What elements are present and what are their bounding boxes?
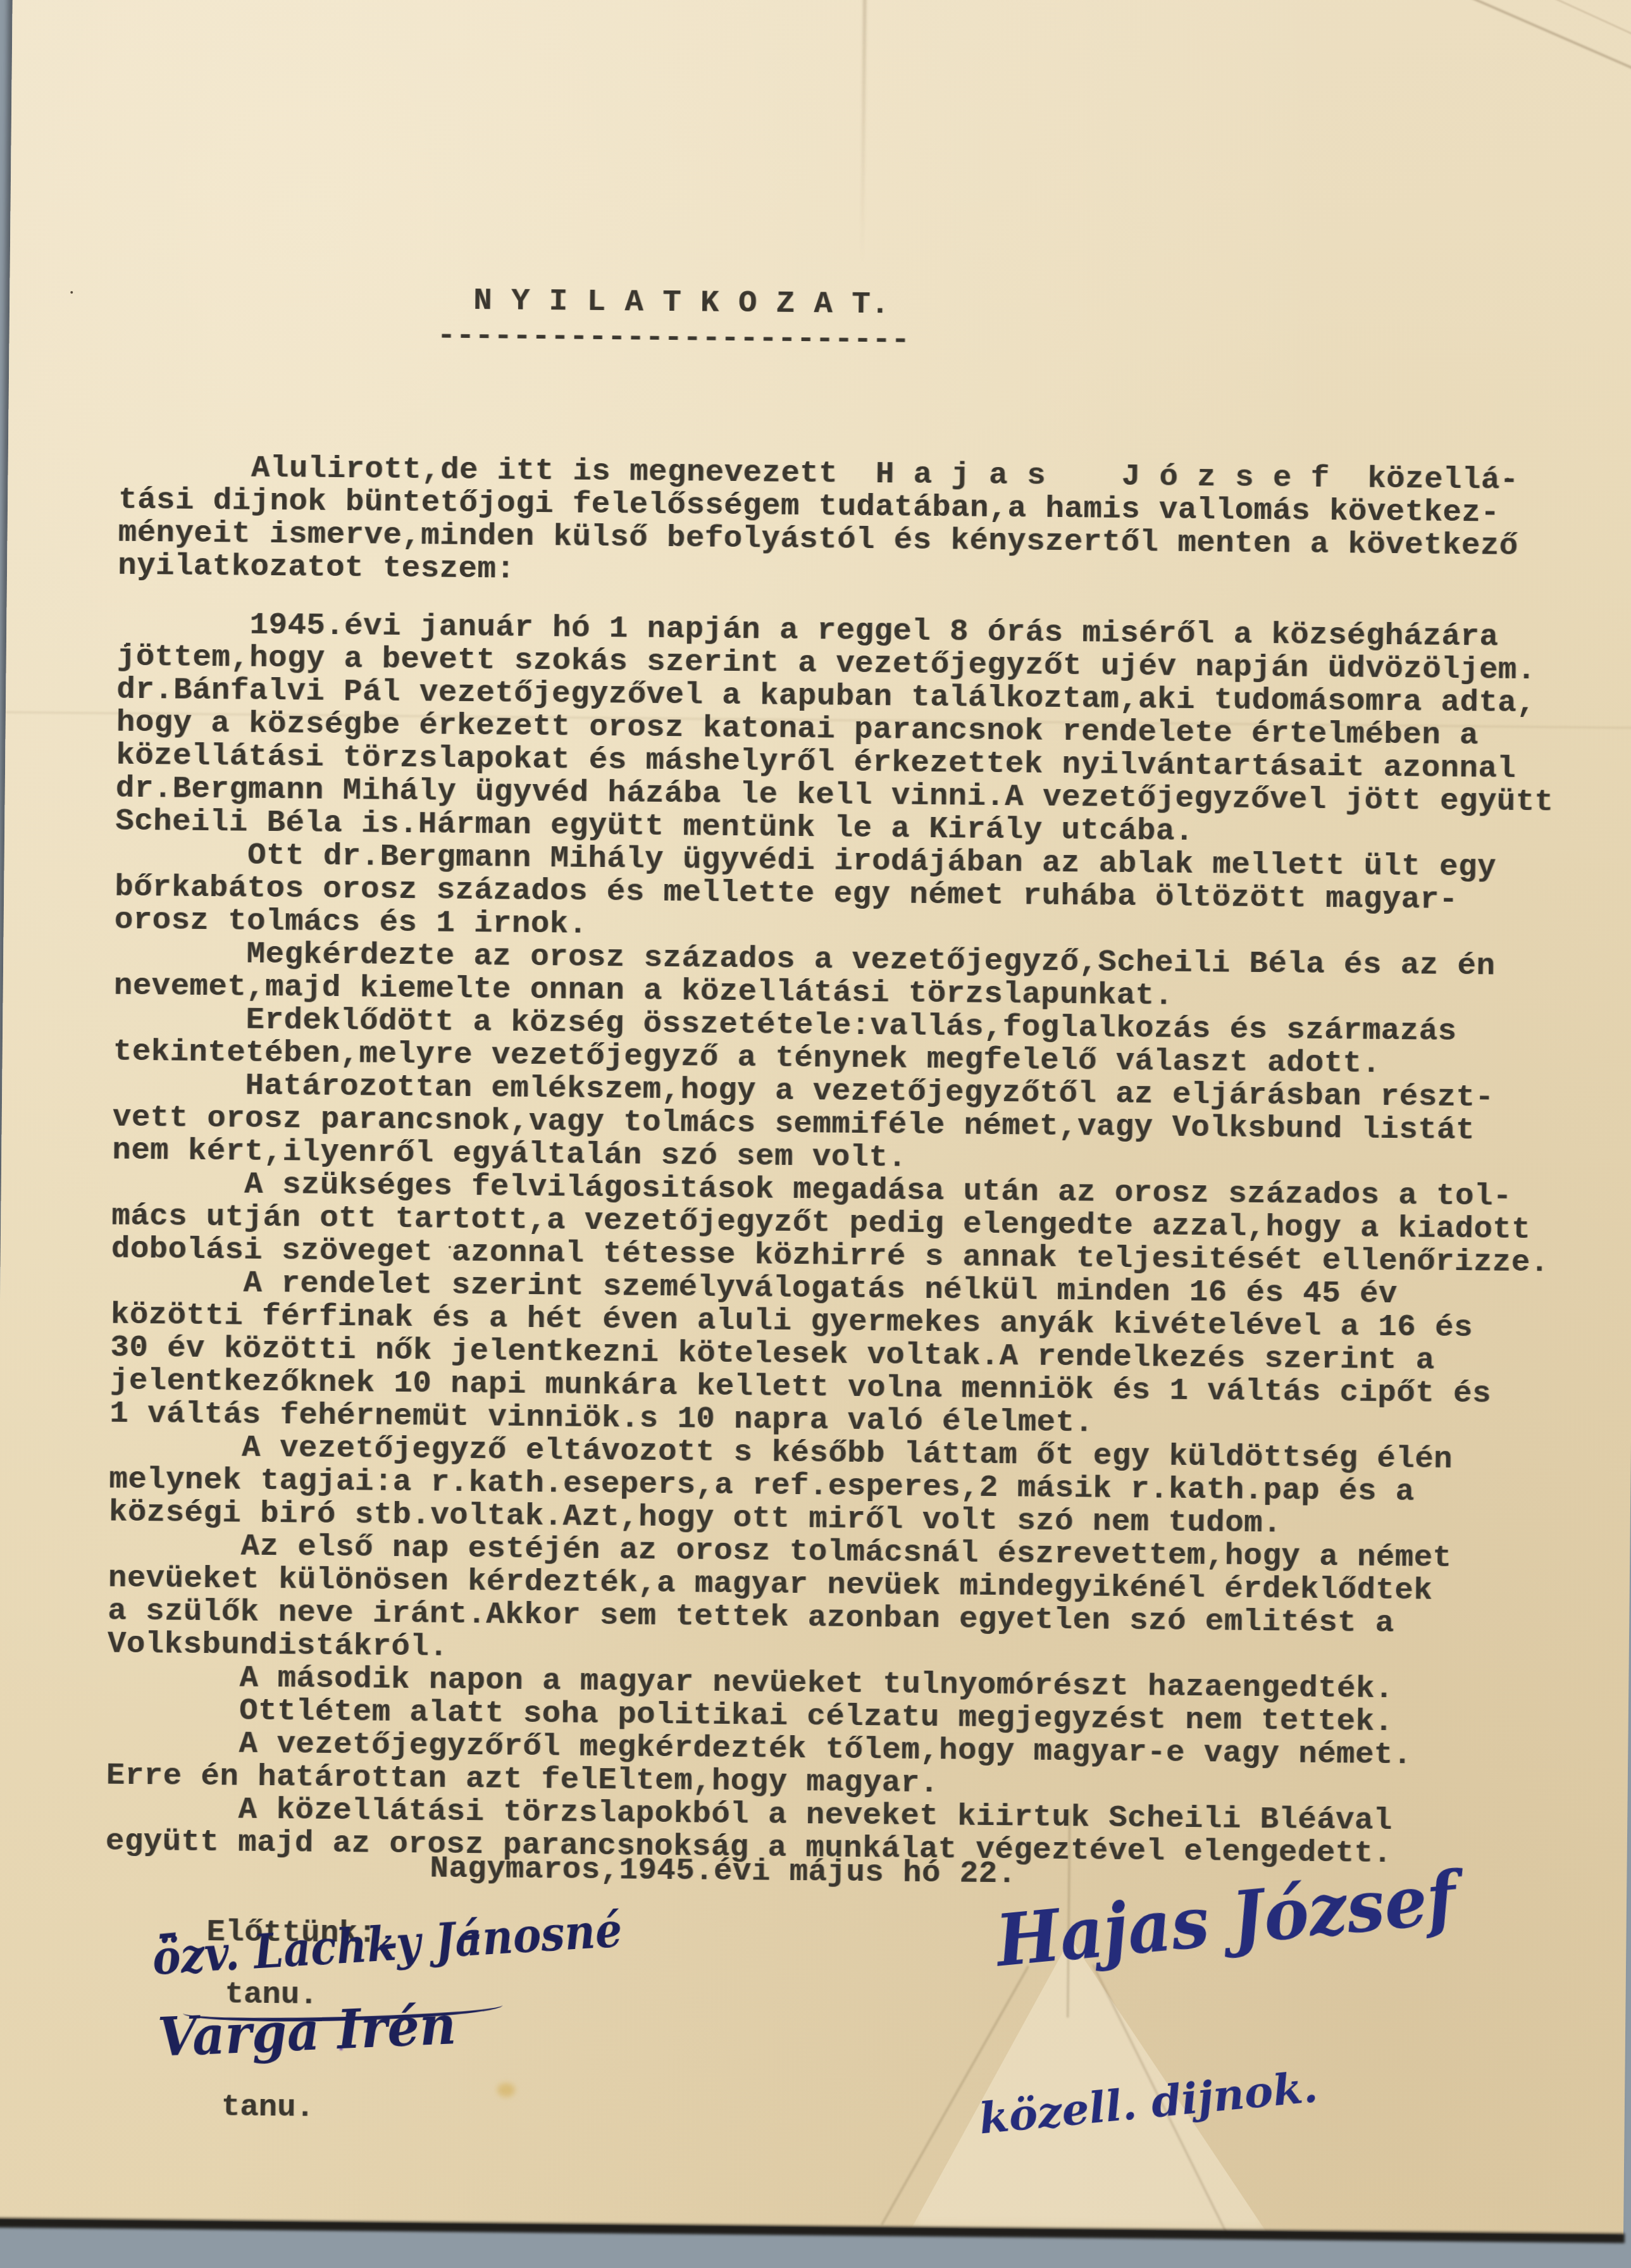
witness2-role-label: tanu. bbox=[221, 2089, 315, 2125]
document-title: N Y I L A T K O Z A T. bbox=[473, 283, 890, 322]
title-underline: ------------------------- bbox=[437, 318, 910, 358]
witness2-signature: Varga Irén bbox=[156, 1993, 457, 2069]
scanner-background: N Y I L A T K O Z A T. -----------------… bbox=[0, 0, 1631, 2268]
paper-fold-top-right-2 bbox=[1449, 0, 1631, 46]
paper-crease-top bbox=[861, 0, 866, 263]
paper-fold-top-right bbox=[1375, 0, 1631, 73]
declarant-signature: Hajas József bbox=[993, 1857, 1460, 1983]
declarant-role-handwritten: közell. dijnok. bbox=[977, 2062, 1320, 2145]
document-page: N Y I L A T K O Z A T. -----------------… bbox=[0, 0, 1631, 2235]
paper-stain bbox=[497, 2083, 515, 2097]
document-body: Alulirott,de itt is megnevezett H a j a … bbox=[106, 451, 1593, 1872]
date-line: Nagymaros,1945.évi május hó 22. bbox=[430, 1852, 1017, 1890]
paper-speck bbox=[70, 291, 73, 294]
